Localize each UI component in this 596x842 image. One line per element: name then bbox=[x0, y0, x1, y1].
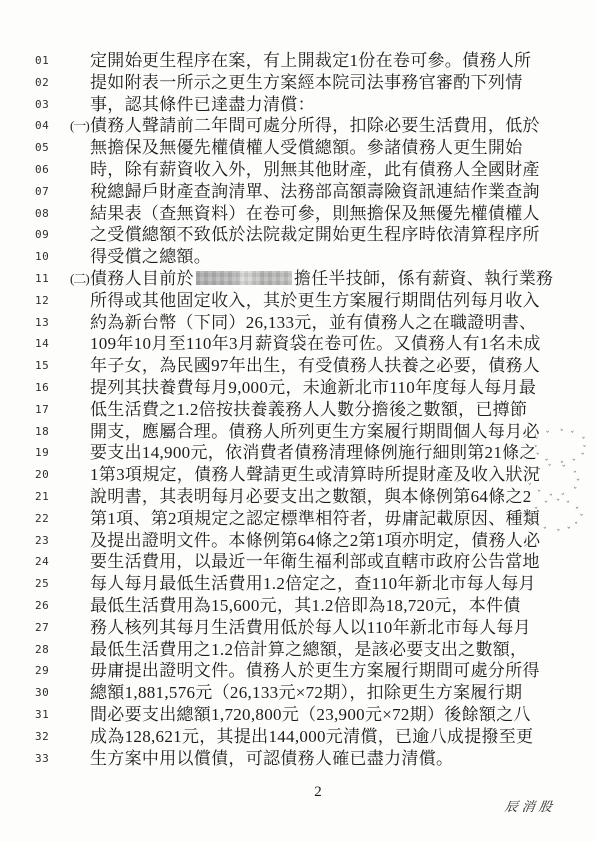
document-line: 12 所得或其他固定收入，其於更生方案履行期間估列每月收入 bbox=[30, 290, 575, 312]
line-text-segment: 結果表（查無資料）在卷可參，則無擔保及無優先權債權人 bbox=[90, 204, 540, 223]
line-number: 16 bbox=[30, 377, 70, 399]
line-text: 毋庸提出證明文件。債務人於更生方案履行期間可處分所得 bbox=[70, 660, 575, 682]
line-text: 最低生活費用為15,600元，其1.2倍即為18,720元，本件債 bbox=[70, 595, 575, 617]
line-text-segment: 債務人聲請前二年間可處分所得，扣除必要生活費用，低於 bbox=[90, 116, 540, 135]
line-text: 提如附表一所示之更生方案經本院司法事務官審酌下列情 bbox=[70, 72, 575, 94]
line-text: 1第3項規定，債務人聲請更生或清算時所提財產及收入狀況 bbox=[70, 464, 575, 486]
line-number: 18 bbox=[30, 421, 70, 443]
line-text-segment: 務人核列其每月生活費用低於每人以110年新北市每人每月 bbox=[90, 618, 531, 637]
redaction-mosaic bbox=[196, 271, 292, 285]
line-number: 11 bbox=[30, 268, 70, 290]
line-text-segment: 年子女，為民國97年出生，有受債務人扶養之必要，債務人 bbox=[90, 356, 540, 375]
scanned-court-document-page: 01 定開始更生程序在案，有上開裁定1份在卷可參。債務人所 02 提如附表一所示… bbox=[0, 0, 596, 842]
document-line: 15 年子女，為民國97年出生，有受債務人扶養之必要，債務人 bbox=[30, 355, 575, 377]
court-division-stamp: 辰消股 bbox=[504, 796, 558, 815]
line-number: 10 bbox=[30, 246, 70, 268]
line-number: 09 bbox=[30, 224, 70, 246]
document-line: 22 第1項、第2項規定之認定標準相符者，毋庸記載原因、種類 bbox=[30, 508, 575, 530]
line-text-segment: 無擔保及無優先權債權人受償總額。參諸債務人更生開始 bbox=[90, 138, 523, 157]
line-text-segment: 得受償之總額。 bbox=[90, 247, 211, 266]
line-text-segment: 1第3項規定，債務人聲請更生或清算時所提財產及收入狀況 bbox=[90, 465, 540, 484]
line-number: 12 bbox=[30, 290, 70, 312]
line-number: 19 bbox=[30, 442, 70, 464]
line-number: 21 bbox=[30, 486, 70, 508]
line-text: 結果表（查無資料）在卷可參，則無擔保及無優先權債權人 bbox=[70, 203, 575, 225]
line-text-segment: 提列其扶養費每月9,000元，未逾新北市110年度每人每月最 bbox=[90, 378, 536, 397]
line-number: 28 bbox=[30, 639, 70, 661]
line-text-segment: 債務人目前於 bbox=[90, 269, 194, 288]
item-marker: (一) bbox=[70, 115, 90, 137]
document-line: 30 總額1,881,576元（26,133元×72期），扣除更生方案履行期 bbox=[30, 682, 575, 704]
seal-impression-mark: ˇ bbox=[580, 454, 586, 463]
document-line: 21 說明書，其表明每月必要支出之數額，與本條例第64條之2 bbox=[30, 486, 575, 508]
document-line: 01 定開始更生程序在案，有上開裁定1份在卷可參。債務人所 bbox=[30, 50, 575, 72]
line-number: 26 bbox=[30, 595, 70, 617]
line-text: 所得或其他固定收入，其於更生方案履行期間估列每月收入 bbox=[70, 290, 575, 312]
document-line: 25 每人每月最低生活費用1.2倍定之，查110年新北市每人每月 bbox=[30, 573, 575, 595]
line-number: 04 bbox=[30, 115, 70, 137]
line-text: 生方案中用以償債，可認債務人確已盡力清償。 bbox=[70, 748, 575, 770]
line-text: 第1項、第2項規定之認定標準相符者，毋庸記載原因、種類 bbox=[70, 508, 575, 530]
line-text: 年子女，為民國97年出生，有受債務人扶養之必要，債務人 bbox=[70, 355, 575, 377]
line-text-segment: 說明書，其表明每月必要支出之數額，與本條例第64條之2 bbox=[90, 487, 532, 506]
document-line: 04 (一)債務人聲請前二年間可處分所得，扣除必要生活費用，低於 bbox=[30, 115, 575, 137]
line-number: 06 bbox=[30, 159, 70, 181]
line-text-segment: 最低生活費用為15,600元，其1.2倍即為18,720元，本件債 bbox=[90, 596, 521, 615]
line-text: 定開始更生程序在案，有上開裁定1份在卷可參。債務人所 bbox=[70, 50, 575, 72]
line-text: 總額1,881,576元（26,133元×72期），扣除更生方案履行期 bbox=[70, 682, 575, 704]
document-line: 14 109年10月至110年3月薪資袋在卷可佐。又債務人有1名未成 bbox=[30, 333, 575, 355]
line-number: 01 bbox=[30, 50, 70, 72]
line-number: 02 bbox=[30, 72, 70, 94]
document-line: 19 要支出14,900元，依消費者債務清理條例施行細則第21條之 bbox=[30, 442, 575, 464]
line-text-segment: 約為新台幣（下同）26,133元，並有債務人之在職證明書、 bbox=[90, 313, 536, 332]
item-marker: (二) bbox=[70, 268, 90, 290]
line-text: 及提出證明文件。本條例第64條之2第1項亦明定，債務人必 bbox=[70, 530, 575, 552]
document-line: 03 事，認其條件已達盡力清償： bbox=[30, 94, 575, 116]
line-text-segment: 成為128,621元，其提出144,000元清償，已逾八成提撥至更 bbox=[90, 727, 533, 746]
line-text-segment: 109年10月至110年3月薪資袋在卷可佐。又債務人有1名未成 bbox=[90, 334, 541, 353]
line-number: 23 bbox=[30, 530, 70, 552]
line-number: 22 bbox=[30, 508, 70, 530]
line-text: 提列其扶養費每月9,000元，未逾新北市110年度每人每月最 bbox=[70, 377, 575, 399]
line-text: 最低生活費用之1.2倍計算之總額，是該必要支出之數額， bbox=[70, 639, 575, 661]
line-number: 07 bbox=[30, 181, 70, 203]
line-text: 開支，應屬合理。債務人所列更生方案履行期間個人每月必 bbox=[70, 421, 575, 443]
seal-impression-mark: ˇ bbox=[583, 446, 590, 456]
line-text-segment: 事，認其條件已達盡力清償： bbox=[90, 95, 315, 114]
line-text: 要支出14,900元，依消費者債務清理條例施行細則第21條之 bbox=[70, 442, 575, 464]
seal-impression-mark: ˇ bbox=[577, 515, 584, 525]
line-number: 25 bbox=[30, 573, 70, 595]
document-line: 06 時，除有薪資收入外，別無其他財產，此有債務人全國財產 bbox=[30, 159, 575, 181]
document-line: 27 務人核列其每月生活費用低於每人以110年新北市每人每月 bbox=[30, 617, 575, 639]
line-number: 15 bbox=[30, 355, 70, 377]
line-text: 說明書，其表明每月必要支出之數額，與本條例第64條之2 bbox=[70, 486, 575, 508]
line-text-segment: 低生活費之1.2倍按扶養義務人人數分擔後之數額，已撙節 bbox=[90, 400, 527, 419]
document-line: 13 約為新台幣（下同）26,133元，並有債務人之在職證明書、 bbox=[30, 312, 575, 334]
document-line: 08 結果表（查無資料）在卷可參，則無擔保及無優先權債權人 bbox=[30, 203, 575, 225]
document-line: 16 提列其扶養費每月9,000元，未逾新北市110年度每人每月最 bbox=[30, 377, 575, 399]
line-number: 14 bbox=[30, 333, 70, 355]
document-line: 07 稅總歸戶財產查詢清單、法務部高額壽險資訊連結作業查詢 bbox=[30, 181, 575, 203]
line-number: 05 bbox=[30, 137, 70, 159]
document-line: 18 開支，應屬合理。債務人所列更生方案履行期間個人每月必 bbox=[30, 421, 575, 443]
document-line: 02 提如附表一所示之更生方案經本院司法事務官審酌下列情 bbox=[30, 72, 575, 94]
line-number: 33 bbox=[30, 748, 70, 770]
document-line: 24 要生活費用，以最近一年衛生福利部或直轄市政府公告當地 bbox=[30, 551, 575, 573]
document-line: 05 無擔保及無優先權債權人受償總額。參諸債務人更生開始 bbox=[30, 137, 575, 159]
document-line: 09 之受償總額不致低於法院裁定開始更生程序時依清算程序所 bbox=[30, 224, 575, 246]
line-text: (二)債務人目前於擔任半技師，係有薪資、執行業務 bbox=[70, 268, 575, 290]
line-number: 13 bbox=[30, 312, 70, 334]
line-text-segment: 定開始更生程序在案，有上開裁定1份在卷可參。債務人所 bbox=[90, 51, 531, 70]
document-body: 01 定開始更生程序在案，有上開裁定1份在卷可參。債務人所 02 提如附表一所示… bbox=[30, 50, 575, 769]
scan-speck bbox=[140, 60, 142, 62]
line-number: 32 bbox=[30, 726, 70, 748]
line-text-segment: 第1項、第2項規定之認定標準相符者，毋庸記載原因、種類 bbox=[90, 509, 540, 528]
line-text: 無擔保及無優先權債權人受償總額。參諸債務人更生開始 bbox=[70, 137, 575, 159]
line-number: 20 bbox=[30, 464, 70, 486]
seal-impression-mark: ˇ bbox=[580, 438, 585, 447]
line-text: 稅總歸戶財產查詢清單、法務部高額壽險資訊連結作業查詢 bbox=[70, 181, 575, 203]
line-number: 30 bbox=[30, 682, 70, 704]
scan-speck bbox=[134, 215, 136, 217]
document-line: 29 毋庸提出證明文件。債務人於更生方案履行期間可處分所得 bbox=[30, 660, 575, 682]
line-text-segment: 及提出證明文件。本條例第64條之2第1項亦明定，債務人必 bbox=[90, 531, 540, 550]
line-text-segment: 提如附表一所示之更生方案經本院司法事務官審酌下列情 bbox=[90, 73, 523, 92]
line-text-segment: 生方案中用以償債，可認債務人確已盡力清償。 bbox=[90, 749, 453, 768]
line-number: 27 bbox=[30, 617, 70, 639]
line-text: 低生活費之1.2倍按扶養義務人人數分擔後之數額，已撙節 bbox=[70, 399, 575, 421]
line-text-segment: 間必要支出總額1,720,800元（23,900元×72期）後餘額之八 bbox=[90, 705, 531, 724]
line-text: 109年10月至110年3月薪資袋在卷可佐。又債務人有1名未成 bbox=[70, 333, 575, 355]
line-text-segment: 時，除有薪資收入外，別無其他財產，此有債務人全國財產 bbox=[90, 160, 540, 179]
line-text: 事，認其條件已達盡力清償： bbox=[70, 94, 575, 116]
seal-impression-mark: ˇ bbox=[576, 480, 581, 489]
line-text: 約為新台幣（下同）26,133元，並有債務人之在職證明書、 bbox=[70, 312, 575, 334]
line-text-segment: 擔任半技師，係有薪資、執行業務 bbox=[294, 269, 554, 288]
line-text: 要生活費用，以最近一年衛生福利部或直轄市政府公告當地 bbox=[70, 551, 575, 573]
line-text: 得受償之總額。 bbox=[70, 246, 575, 268]
document-line: 17 低生活費之1.2倍按扶養義務人人數分擔後之數額，已撙節 bbox=[30, 399, 575, 421]
line-text: 時，除有薪資收入外，別無其他財產，此有債務人全國財產 bbox=[70, 159, 575, 181]
document-line: 33 生方案中用以償債，可認債務人確已盡力清償。 bbox=[30, 748, 575, 770]
line-text-segment: 開支，應屬合理。債務人所列更生方案履行期間個人每月必 bbox=[90, 422, 540, 441]
page-number: 2 bbox=[300, 784, 336, 801]
line-text-segment: 要支出14,900元，依消費者債務清理條例施行細則第21條之 bbox=[90, 443, 537, 462]
document-line: 32 成為128,621元，其提出144,000元清償，已逾八成提撥至更 bbox=[30, 726, 575, 748]
line-number: 03 bbox=[30, 94, 70, 116]
document-line: 10 得受償之總額。 bbox=[30, 246, 575, 268]
line-number: 08 bbox=[30, 203, 70, 225]
line-text-segment: 所得或其他固定收入，其於更生方案履行期間估列每月收入 bbox=[90, 291, 540, 310]
line-text: (一)債務人聲請前二年間可處分所得，扣除必要生活費用，低於 bbox=[70, 115, 575, 137]
line-text: 成為128,621元，其提出144,000元清償，已逾八成提撥至更 bbox=[70, 726, 575, 748]
line-text-segment: 最低生活費用之1.2倍計算之總額，是該必要支出之數額， bbox=[90, 640, 527, 659]
line-text-segment: 總額1,881,576元（26,133元×72期），扣除更生方案履行期 bbox=[90, 683, 522, 702]
seal-impression-mark: ˇ bbox=[575, 507, 580, 516]
line-number: 29 bbox=[30, 660, 70, 682]
line-text-segment: 稅總歸戶財產查詢清單、法務部高額壽險資訊連結作業查詢 bbox=[90, 182, 540, 201]
line-number: 31 bbox=[30, 704, 70, 726]
line-text-segment: 每人每月最低生活費用1.2倍定之，查110年新北市每人每月 bbox=[90, 574, 536, 593]
line-text-segment: 毋庸提出證明文件。債務人於更生方案履行期間可處分所得 bbox=[90, 661, 540, 680]
document-line: 26 最低生活費用為15,600元，其1.2倍即為18,720元，本件債 bbox=[30, 595, 575, 617]
line-text: 之受償總額不致低於法院裁定開始更生程序時依清算程序所 bbox=[70, 224, 575, 246]
line-text: 務人核列其每月生活費用低於每人以110年新北市每人每月 bbox=[70, 617, 575, 639]
document-line: 20 1第3項規定，債務人聲請更生或清算時所提財產及收入狀況 bbox=[30, 464, 575, 486]
document-line: 23 及提出證明文件。本條例第64條之2第1項亦明定，債務人必 bbox=[30, 530, 575, 552]
line-number: 24 bbox=[30, 551, 70, 573]
line-text: 每人每月最低生活費用1.2倍定之，查110年新北市每人每月 bbox=[70, 573, 575, 595]
document-line: 28 最低生活費用之1.2倍計算之總額，是該必要支出之數額， bbox=[30, 639, 575, 661]
line-text-segment: 之受償總額不致低於法院裁定開始更生程序時依清算程序所 bbox=[90, 225, 540, 244]
document-line: 11 (二)債務人目前於擔任半技師，係有薪資、執行業務 bbox=[30, 268, 575, 290]
document-line: 31 間必要支出總額1,720,800元（23,900元×72期）後餘額之八 bbox=[30, 704, 575, 726]
line-number: 17 bbox=[30, 399, 70, 421]
line-text-segment: 要生活費用，以最近一年衛生福利部或直轄市政府公告當地 bbox=[90, 552, 540, 571]
line-text: 間必要支出總額1,720,800元（23,900元×72期）後餘額之八 bbox=[70, 704, 575, 726]
